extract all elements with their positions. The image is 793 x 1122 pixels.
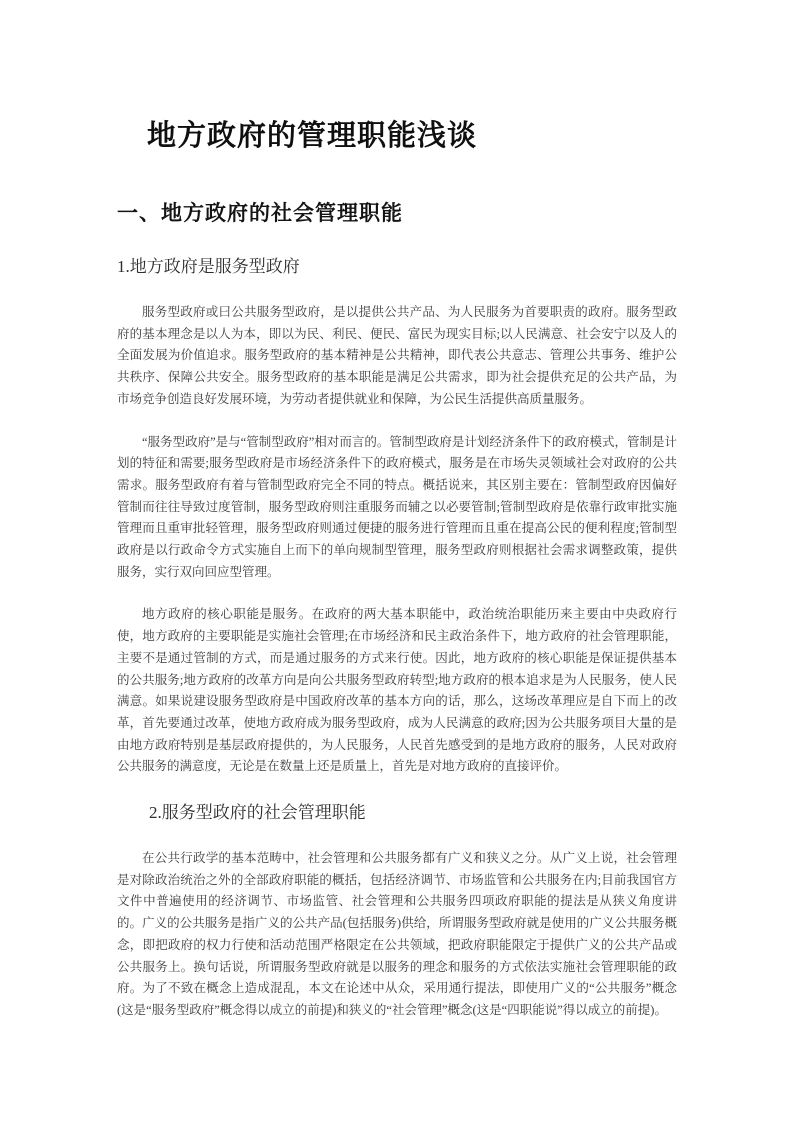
- section-heading-1: 一、地方政府的社会管理职能: [117, 201, 677, 227]
- paragraph-4: 在公共行政学的基本范畴中，社会管理和公共服务都有广义和狭义之分。从广义上说，社会…: [117, 848, 677, 1022]
- subsection-1-heading: 1.地方政府是服务型政府: [117, 256, 677, 278]
- paragraph-3: 地方政府的核心职能是服务。在政府的两大基本职能中，政治统治职能历来主要由中央政府…: [117, 604, 677, 778]
- paragraph-1: 服务型政府或曰公共服务型政府，是以提供公共产品、为人民服务为首要职责的政府。服务…: [117, 302, 677, 411]
- paragraph-2: “服务型政府”是与“管制型政府”相对而言的。管制型政府是计划经济条件下的政府模式…: [117, 432, 677, 584]
- document-title: 地方政府的管理职能浅谈: [117, 116, 677, 156]
- subsection-1-body: 服务型政府或曰公共服务型政府，是以提供公共产品、为人民服务为首要职责的政府。服务…: [117, 302, 677, 778]
- document-page: 地方政府的管理职能浅谈 一、地方政府的社会管理职能 1.地方政府是服务型政府 服…: [0, 0, 793, 1122]
- subsection-2-heading: 2.服务型政府的社会管理职能: [149, 802, 677, 824]
- subsection-2-body: 在公共行政学的基本范畴中，社会管理和公共服务都有广义和狭义之分。从广义上说，社会…: [117, 848, 677, 1022]
